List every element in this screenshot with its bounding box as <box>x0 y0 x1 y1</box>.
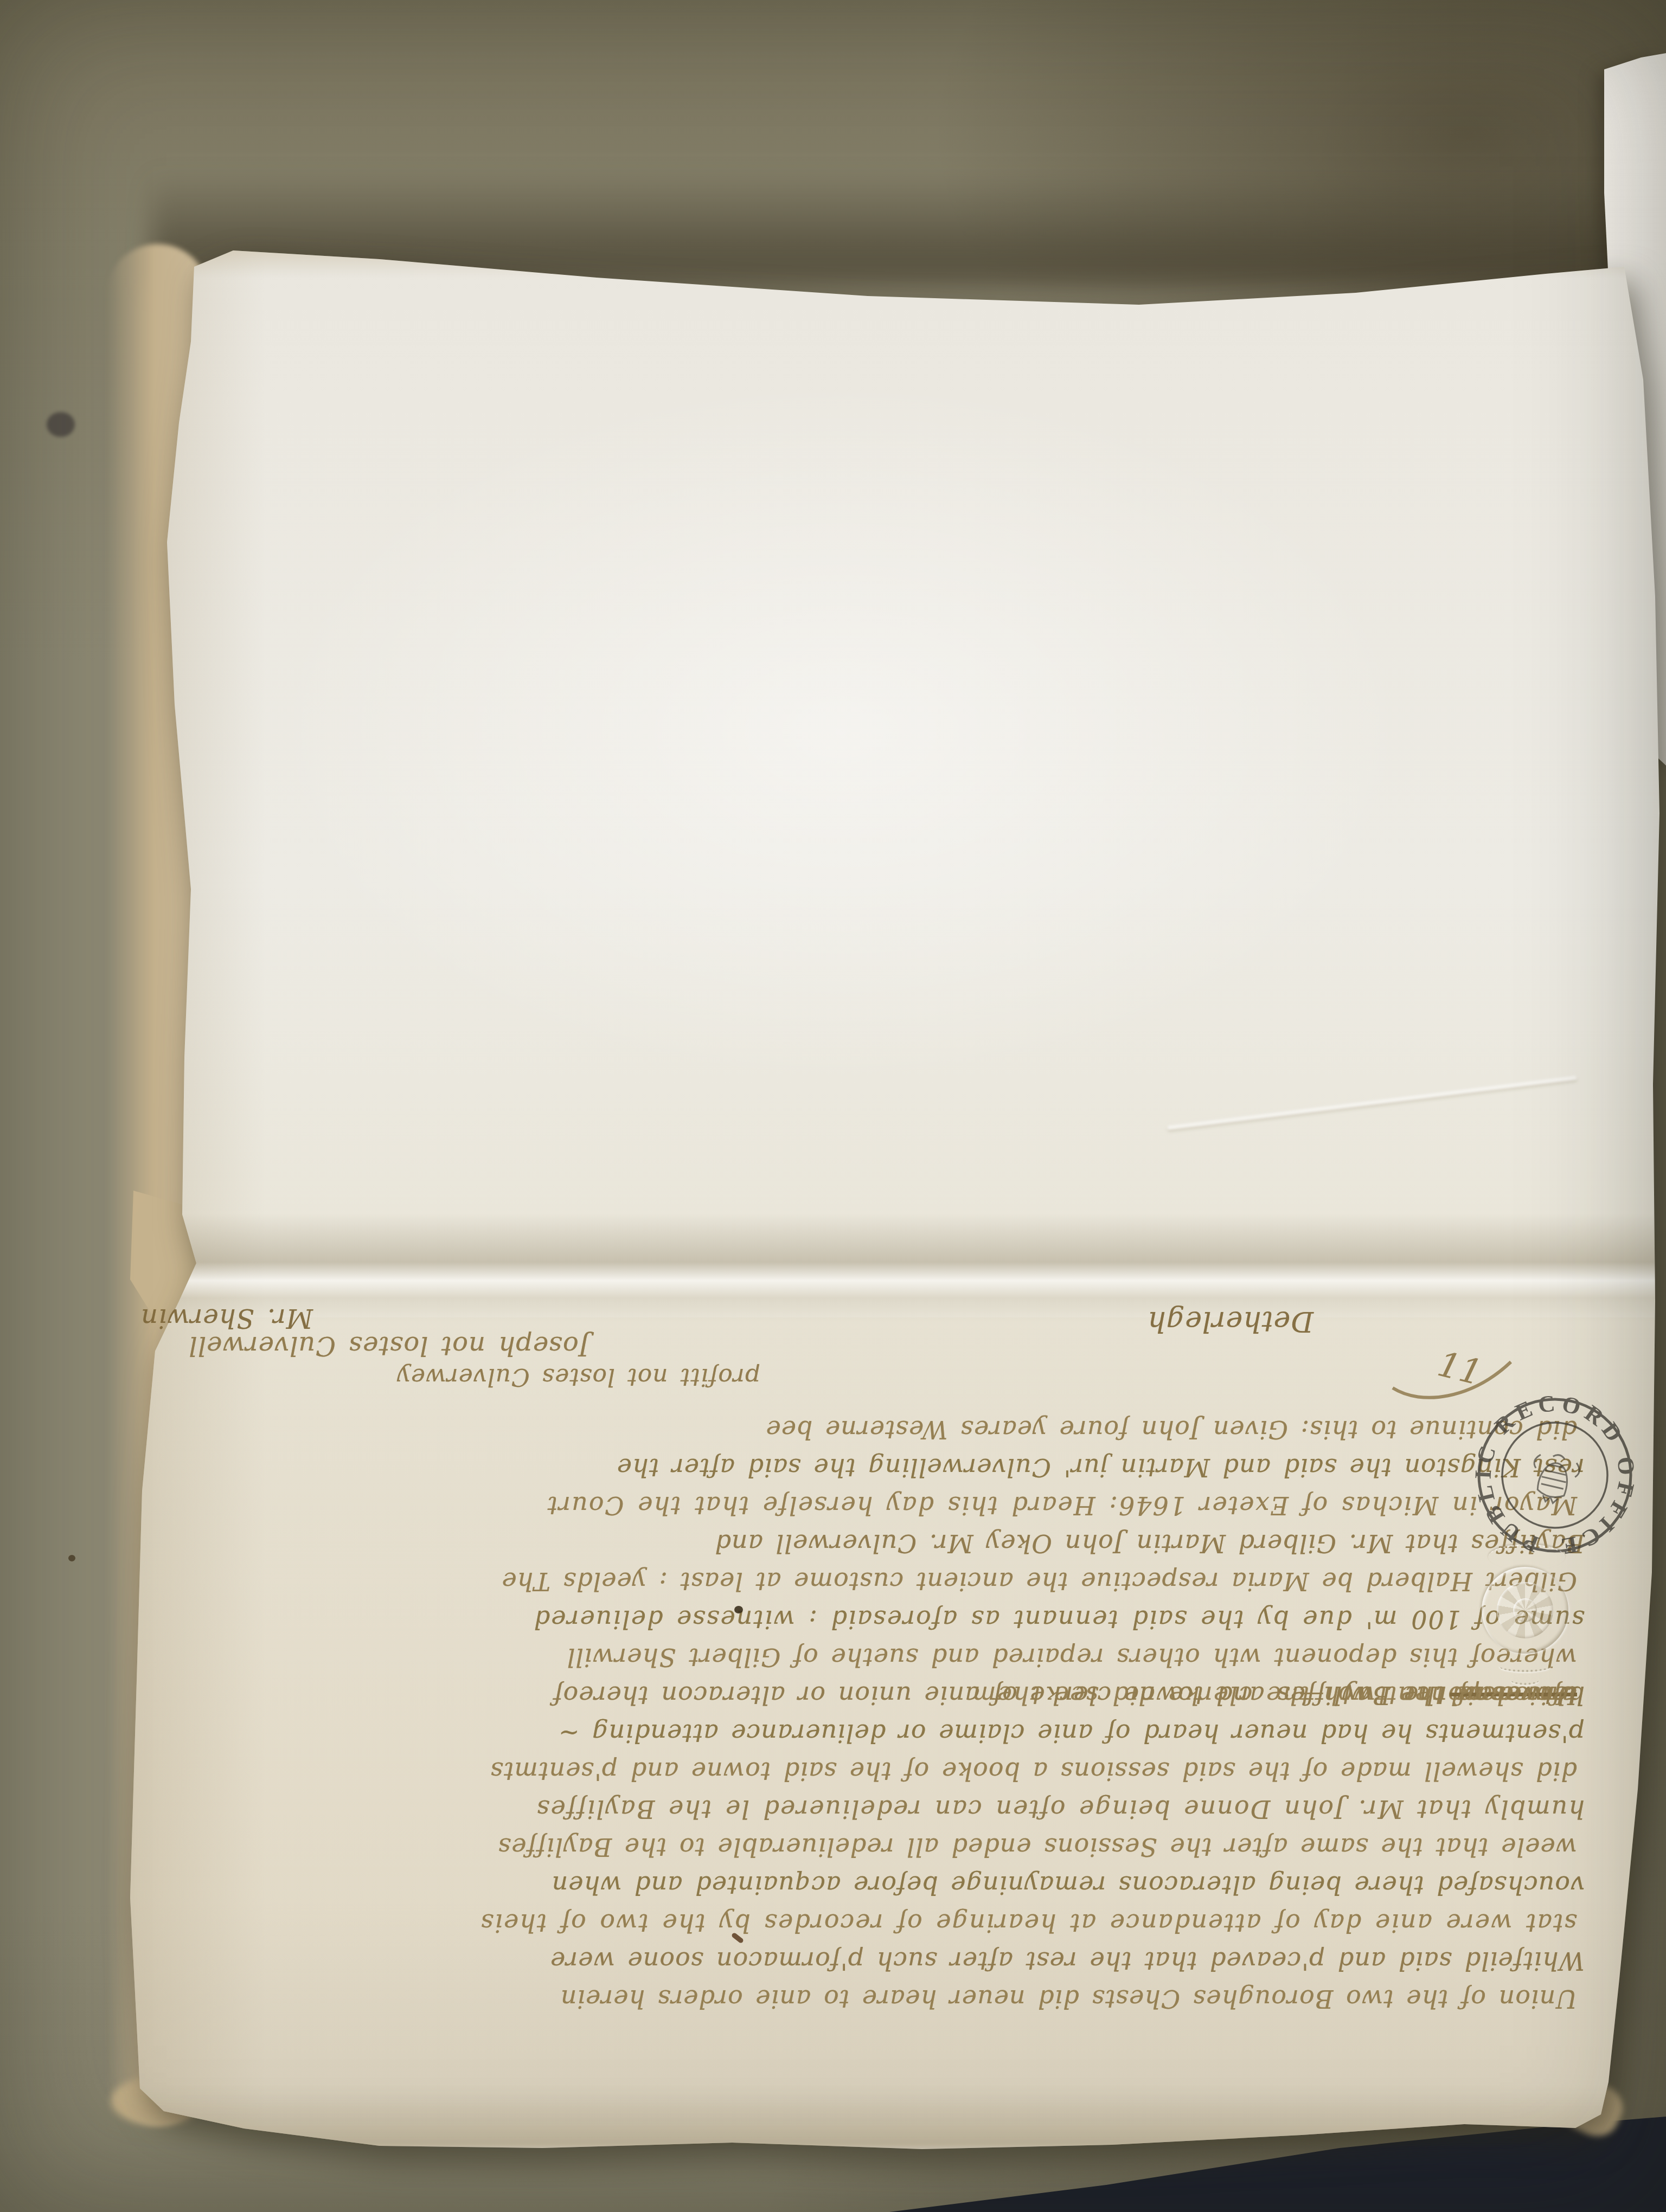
emboss-lower-marks <box>1499 1660 1551 1672</box>
handwritten-text-block-upside-down: Union of the two Boroughes Chests did ne… <box>87 1297 1585 2018</box>
manuscript-line: vouchsafed there being alteracons remayn… <box>87 1866 1585 1904</box>
attestation-name: Detherlegh <box>1147 1302 1313 1340</box>
paper-bottom-edge <box>125 2087 1622 2147</box>
emboss-arc-lettering <box>1488 1544 1565 1570</box>
manuscript-line: whereof this deponent wth others repaire… <box>87 1638 1585 1676</box>
manuscript-line: sume of 100 m' due by the said tennant a… <box>87 1600 1585 1638</box>
ink-speck <box>68 1555 75 1561</box>
manuscript-line: Gilbert Halberd be Maria respectiue the … <box>87 1562 1585 1600</box>
manuscript-line: stat were anie day of attendance at hear… <box>87 1904 1585 1942</box>
paper-top-edge <box>179 239 1643 276</box>
manuscript-line: Whitfeild said and p'ceaved that the res… <box>87 1942 1585 1980</box>
manuscript-line: Mayor in Michas of Exeter 1646: Heard th… <box>87 1487 1585 1525</box>
folio-number-mark: 11 <box>1382 1327 1528 1414</box>
ink-speck <box>734 1606 743 1613</box>
manuscript-line: Union of the two Boroughes Chests did ne… <box>87 1980 1585 2018</box>
manuscript-line: weele that the same after the Sessions e… <box>87 1828 1585 1866</box>
emboss-center <box>1513 1598 1537 1622</box>
paper-sheen <box>271 380 1410 1084</box>
manuscript-line: did continue to this: Given John foure y… <box>87 1411 1585 1449</box>
embossed-duty-seal <box>1464 1543 1589 1689</box>
manuscript-line: humbly that Mr. John Donne beinge often … <box>87 1790 1585 1828</box>
folio-number: 11 <box>1433 1344 1486 1394</box>
manuscript-line: did shewell made of the said sessions a … <box>87 1752 1585 1790</box>
public-record-office-stamp: PUBLIC RECORD OFFICE <box>1472 1392 1638 1558</box>
emboss-lower-marks <box>1511 1675 1539 1685</box>
manuscript-line: rest Kingston the said and Martin jur' C… <box>87 1449 1585 1487</box>
endorsement-signature: Mr. Sherwin <box>140 1299 313 1337</box>
paper-wrinkle <box>1167 1076 1577 1130</box>
stamp-coat-of-arms <box>1526 1450 1582 1507</box>
manuscript-line: Bayliffes that Mr. Gilberd Martin John O… <box>87 1525 1585 1562</box>
photograph-of-manuscript: Union of the two Boroughes Chests did ne… <box>0 0 1666 2212</box>
manuscript-line: p'sentments he had neuer heard of anie c… <box>87 1714 1585 1752</box>
manuscript-line: betweene the Bayliffes and towne clerke … <box>87 1676 1585 1714</box>
